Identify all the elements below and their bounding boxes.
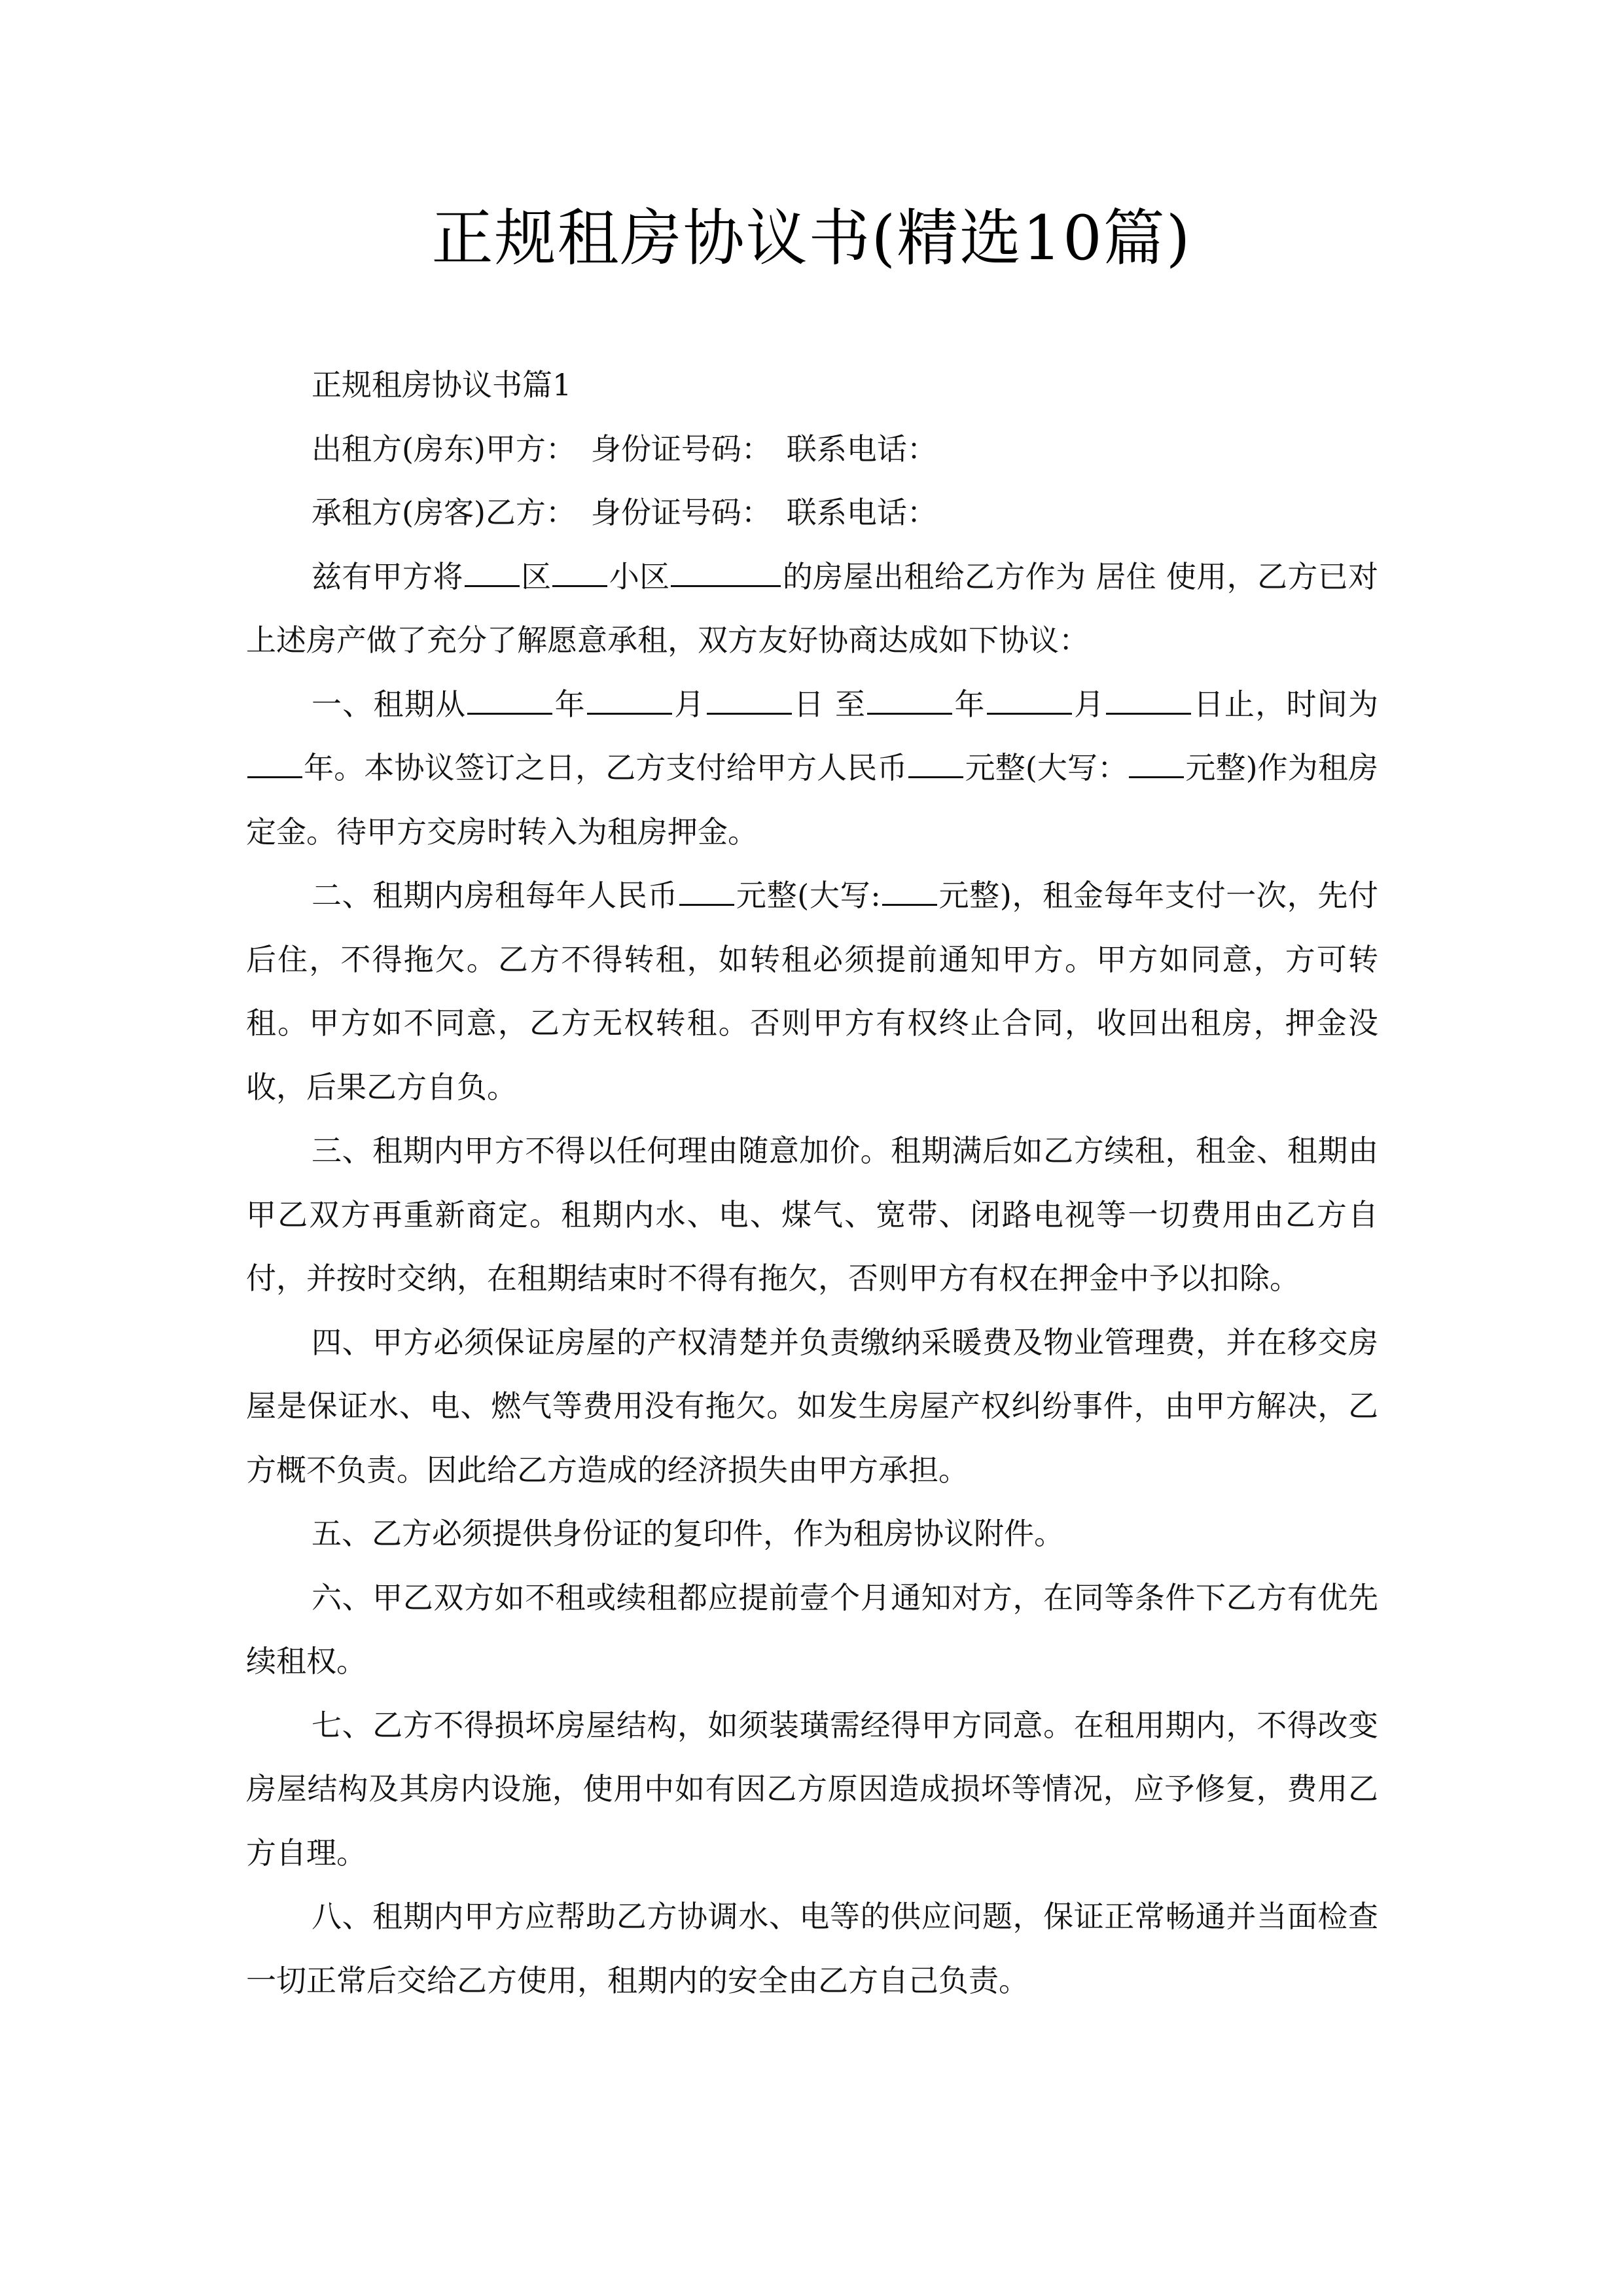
clause-text: 月	[673, 687, 705, 722]
clause-text: 二、租期内房租每年人民币	[312, 878, 678, 913]
rent-amount-blank	[679, 877, 734, 906]
intro-text: 区	[521, 559, 552, 594]
document-body: 正规租房协议书篇1 出租方(房东)甲方： 身份证号码： 联系电话： 承租方(房客…	[246, 353, 1378, 2013]
term-years-blank	[247, 749, 302, 778]
clause-text: 元整(大写：	[965, 750, 1128, 785]
clause-text: 年。本协议签订之日，乙方支付给甲方人民币	[304, 750, 907, 785]
end-month-blank	[987, 685, 1072, 714]
clause-5: 五、乙方必须提供身份证的复印件，作为租房协议附件。	[246, 1502, 1378, 1566]
community-blank	[552, 558, 607, 586]
clause-3: 三、租期内甲方不得以任何理由随意加价。租期满后如乙方续租，租金、租期由甲乙双方再…	[246, 1119, 1378, 1311]
clause-8: 八、租期内甲方应帮助乙方协调水、电等的供应问题，保证正常畅通并当面检查一切正常后…	[246, 1885, 1378, 2013]
district-blank	[465, 558, 520, 586]
clause-text: 月	[1073, 687, 1105, 722]
clause-text: 日 至	[793, 687, 866, 722]
start-day-blank	[707, 685, 792, 714]
deposit-capital-blank	[1129, 749, 1184, 778]
clause-text: 日止，时间为	[1192, 687, 1378, 722]
clause-2: 二、租期内房租每年人民币元整(大写:元整)，租金每年支付一次，先付后住，不得拖欠…	[246, 864, 1378, 1119]
start-month-blank	[587, 685, 672, 714]
clause-text: 元整(大写:	[736, 878, 881, 913]
rent-capital-blank	[882, 877, 937, 906]
clause-text: 年	[954, 687, 986, 722]
clause-text: 年	[554, 687, 586, 722]
clause-4: 四、甲方必须保证房屋的产权清楚并负责缴纳采暖费及物业管理费，并在移交房屋是保证水…	[246, 1311, 1378, 1503]
clause-6: 六、甲乙双方如不租或续租都应提前壹个月通知对方，在同等条件下乙方有优先续租权。	[246, 1566, 1378, 1694]
party-b-line: 承租方(房客)乙方： 身份证号码： 联系电话：	[246, 481, 1378, 545]
intro-paragraph: 兹有甲方将区小区的房屋出租给乙方作为 居住 使用，乙方已对上述房产做了充分了解愿…	[246, 545, 1378, 673]
clause-1: 一、租期从年月日 至年月日止，时间为年。本协议签订之日，乙方支付给甲方人民币元整…	[246, 673, 1378, 865]
deposit-amount-blank	[908, 749, 963, 778]
section-heading: 正规租房协议书篇1	[246, 353, 1378, 418]
clause-text: 一、租期从	[312, 687, 466, 722]
document-title: 正规租房协议书(精选10篇)	[0, 196, 1623, 281]
end-year-blank	[867, 685, 952, 714]
party-a-line: 出租方(房东)甲方： 身份证号码： 联系电话：	[246, 418, 1378, 482]
intro-text: 兹有甲方将	[312, 559, 463, 594]
clause-7: 七、乙方不得损坏房屋结构，如须装璜需经得甲方同意。在租用期内，不得改变房屋结构及…	[246, 1694, 1378, 1886]
end-day-blank	[1106, 685, 1191, 714]
address-blank	[671, 558, 781, 586]
intro-text: 小区	[609, 559, 669, 594]
document-page: 正规租房协议书(精选10篇) 正规租房协议书篇1 出租方(房东)甲方： 身份证号…	[0, 0, 1623, 2296]
start-year-blank	[467, 685, 552, 714]
